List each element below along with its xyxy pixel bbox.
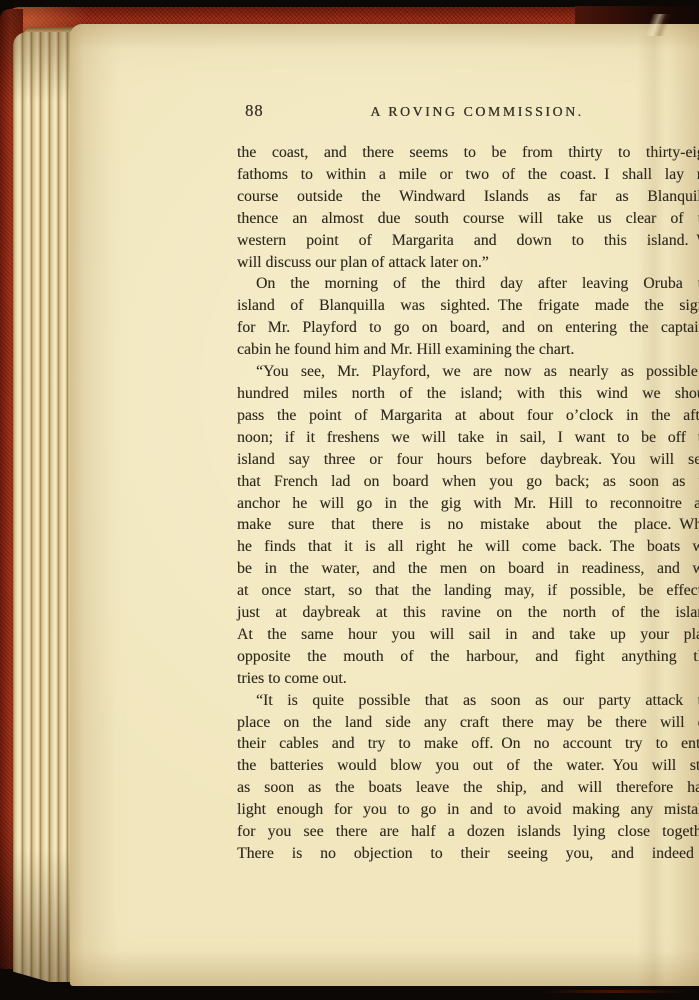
text-line: thence an almost due south course will t… [237, 208, 699, 230]
text-line: place on the land side any craft there m… [237, 712, 699, 734]
page-corner-curl [613, 14, 699, 36]
text-line: anchor he will go in the gig with Mr. Hi… [237, 493, 699, 515]
book-photo-scene: 88 A ROVING COMMISSION. the coast, and t… [0, 0, 699, 1000]
text-line: tries to come out. [237, 668, 699, 690]
text-line: opposite the mouth of the harbour, and f… [237, 646, 699, 668]
text-line: for you see there are half a dozen islan… [237, 821, 699, 843]
text-line: island say three or four hours before da… [237, 449, 699, 471]
text-line: as soon as the boats leave the ship, and… [237, 777, 699, 799]
text-line: that French lad on board when you go bac… [237, 471, 699, 493]
text-line: the coast, and there seems to be from th… [237, 142, 699, 164]
text-line: be in the water, and the men on board in… [237, 558, 699, 580]
text-line: at once start, so that the landing may, … [237, 580, 699, 602]
text-line: just at daybreak at this ravine on the n… [237, 602, 699, 624]
text-line: he finds that it is all right he will co… [237, 536, 699, 558]
running-header: A ROVING COMMISSION. [237, 104, 699, 120]
text-line: “You see, Mr. Playford, we are now as ne… [237, 361, 699, 383]
text-line: will discuss our plan of attack later on… [237, 252, 699, 274]
text-line: There is no objection to their seeing yo… [237, 843, 699, 865]
text-line: for Mr. Playford to go on board, and on … [237, 317, 699, 339]
body-text: the coast, and there seems to be from th… [237, 142, 699, 865]
text-line: the batteries would blow you out of the … [237, 755, 699, 777]
text-line: At the same hour you will sail in and ta… [237, 624, 699, 646]
text-line: make sure that there is no mistake about… [237, 514, 699, 536]
text-line: “It is quite possible that as soon as ou… [237, 690, 699, 712]
text-line: cabin he found him and Mr. Hill examinin… [237, 339, 699, 361]
text-line: island of Blanquilla was sighted. The fr… [237, 295, 699, 317]
text-line: course outside the Windward Islands as f… [237, 186, 699, 208]
bottom-cover-glint [540, 990, 690, 993]
text-line: western point of Margarita and down to t… [237, 230, 699, 252]
text-line: their cables and try to make off. On no … [237, 733, 699, 755]
text-line: light enough for you to go in and to avo… [237, 799, 699, 821]
text-line: noon; if it freshens we will take in sai… [237, 427, 699, 449]
text-line: On the morning of the third day after le… [237, 273, 699, 295]
text-line: fathoms to within a mile or two of the c… [237, 164, 699, 186]
text-line: pass the point of Margarita at about fou… [237, 405, 699, 427]
text-line: hundred miles north of the island; with … [237, 383, 699, 405]
book-page: 88 A ROVING COMMISSION. the coast, and t… [70, 24, 699, 986]
